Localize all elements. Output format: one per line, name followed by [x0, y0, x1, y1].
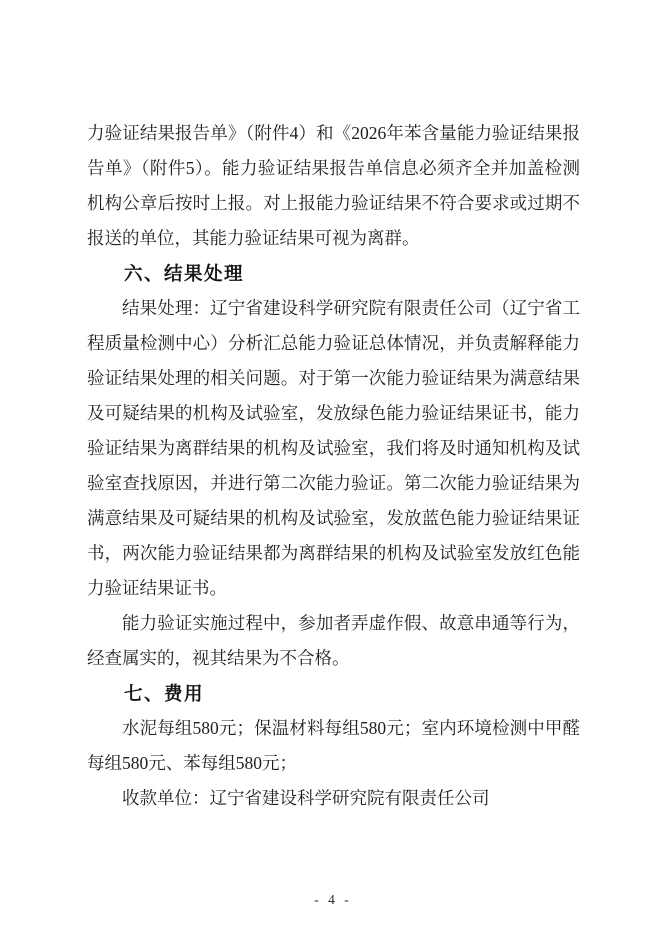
paragraph-payee: 收款单位：辽宁省建设科学研究院有限责任公司 — [87, 781, 580, 816]
paragraph-fraud-clause: 能力验证实施过程中，参加者弄虚作假、故意串通等行为，经查属实的，视其结果为不合格… — [87, 606, 580, 676]
document-body: 力验证结果报告单》（附件4）和《2026年苯含量能力验证结果报告单》（附件5）。… — [87, 116, 580, 816]
section-heading-result-handling: 六、结果处理 — [87, 256, 580, 291]
document-page: 力验证结果报告单》（附件4）和《2026年苯含量能力验证结果报告单》（附件5）。… — [0, 0, 666, 941]
paragraph-result-handling: 结果处理：辽宁省建设科学研究院有限责任公司（辽宁省工程质量检测中心）分析汇总能力… — [87, 291, 580, 606]
section-heading-fees: 七、费用 — [87, 676, 580, 711]
paragraph-report-submission: 力验证结果报告单》（附件4）和《2026年苯含量能力验证结果报告单》（附件5）。… — [87, 116, 580, 256]
page-number: - 4 - — [0, 892, 666, 908]
paragraph-fee-details: 水泥每组580元；保温材料每组580元；室内环境检测中甲醛每组580元、苯每组5… — [87, 711, 580, 781]
